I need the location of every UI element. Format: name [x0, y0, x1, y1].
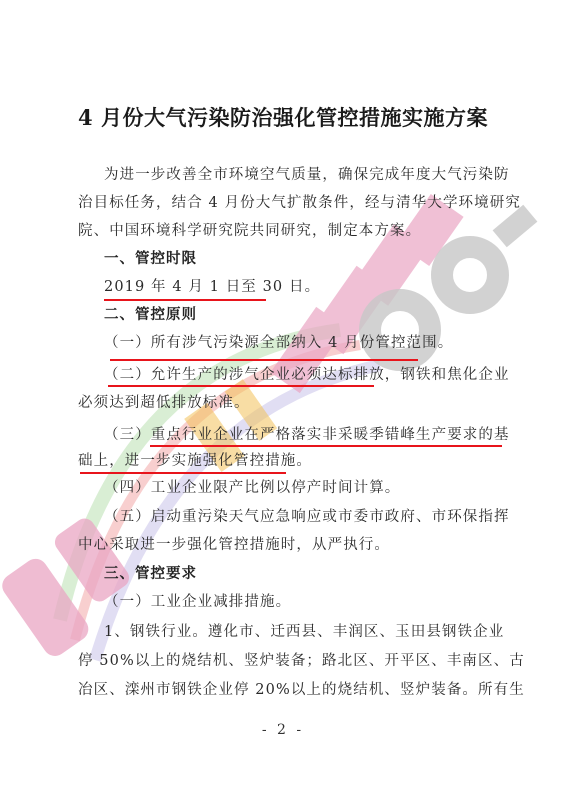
red-underline — [150, 445, 502, 447]
principle-4-line-1: （四）工业企业限产比例以停产时间计算。 — [104, 478, 524, 498]
requirement-sub-1: （一）工业企业减排措施。 — [104, 592, 524, 612]
time-limit-text: 2019 年 4 月 1 日至 30 日。 — [104, 277, 524, 297]
steel-para-line-2: 停 50%以上的烧结机、竖炉装备；路北区、开平区、丰南区、古 — [78, 651, 524, 671]
page-number: - 2 - — [0, 722, 566, 738]
intro-line-3: 院、中国环境科学研究院共同研究，制定本方案。 — [78, 221, 524, 241]
document-page: 4 月份大气污染防治强化管控措施实施方案 为进一步改善全市环境空气质量，确保完成… — [0, 0, 566, 800]
intro-line-1: 为进一步改善全市环境空气质量，确保完成年度大气污染防 — [104, 165, 524, 185]
principle-2-line-2: 必须达到超低排放标准。 — [78, 393, 524, 413]
principle-1-line-1: （一）所有涉气污染源全部纳入 4 月份管控范围。 — [104, 333, 524, 353]
principle-3-line-1: （三）重点行业企业在严格落实非采暖季错峰生产要求的基 — [104, 425, 524, 445]
principle-3-line-2: 础上，进一步实施强化管控措施。 — [78, 451, 524, 471]
steel-para-line-3: 冶区、滦州市钢铁企业停 20%以上的烧结机、竖炉装备。所有生 — [78, 680, 524, 700]
steel-para-line-1: 1、钢铁行业。遵化市、迁西县、丰润区、玉田县钢铁企业 — [104, 622, 524, 642]
red-underline — [110, 359, 418, 361]
red-underline — [108, 385, 374, 387]
principle-2-line-1: （二）允许生产的涉气企业必须达标排放，钢铁和焦化企业 — [104, 365, 524, 385]
document-title: 4 月份大气污染防治强化管控措施实施方案 — [0, 102, 566, 132]
principle-5-line-2: 中心采取进一步强化管控措施时，从严执行。 — [78, 535, 524, 555]
red-underline — [80, 472, 286, 474]
section-heading-principles: 二、管控原则 — [104, 305, 524, 325]
section-heading-requirements: 三、管控要求 — [104, 564, 524, 584]
principle-5-line-1: （五）启动重污染天气应急响应或市委市政府、市环保指挥 — [104, 507, 524, 527]
section-heading-time-limit: 一、管控时限 — [104, 249, 524, 269]
red-underline — [104, 299, 266, 301]
intro-line-2: 治目标任务，结合 4 月份大气扩散条件，经与清华大学环境研究 — [78, 193, 524, 213]
